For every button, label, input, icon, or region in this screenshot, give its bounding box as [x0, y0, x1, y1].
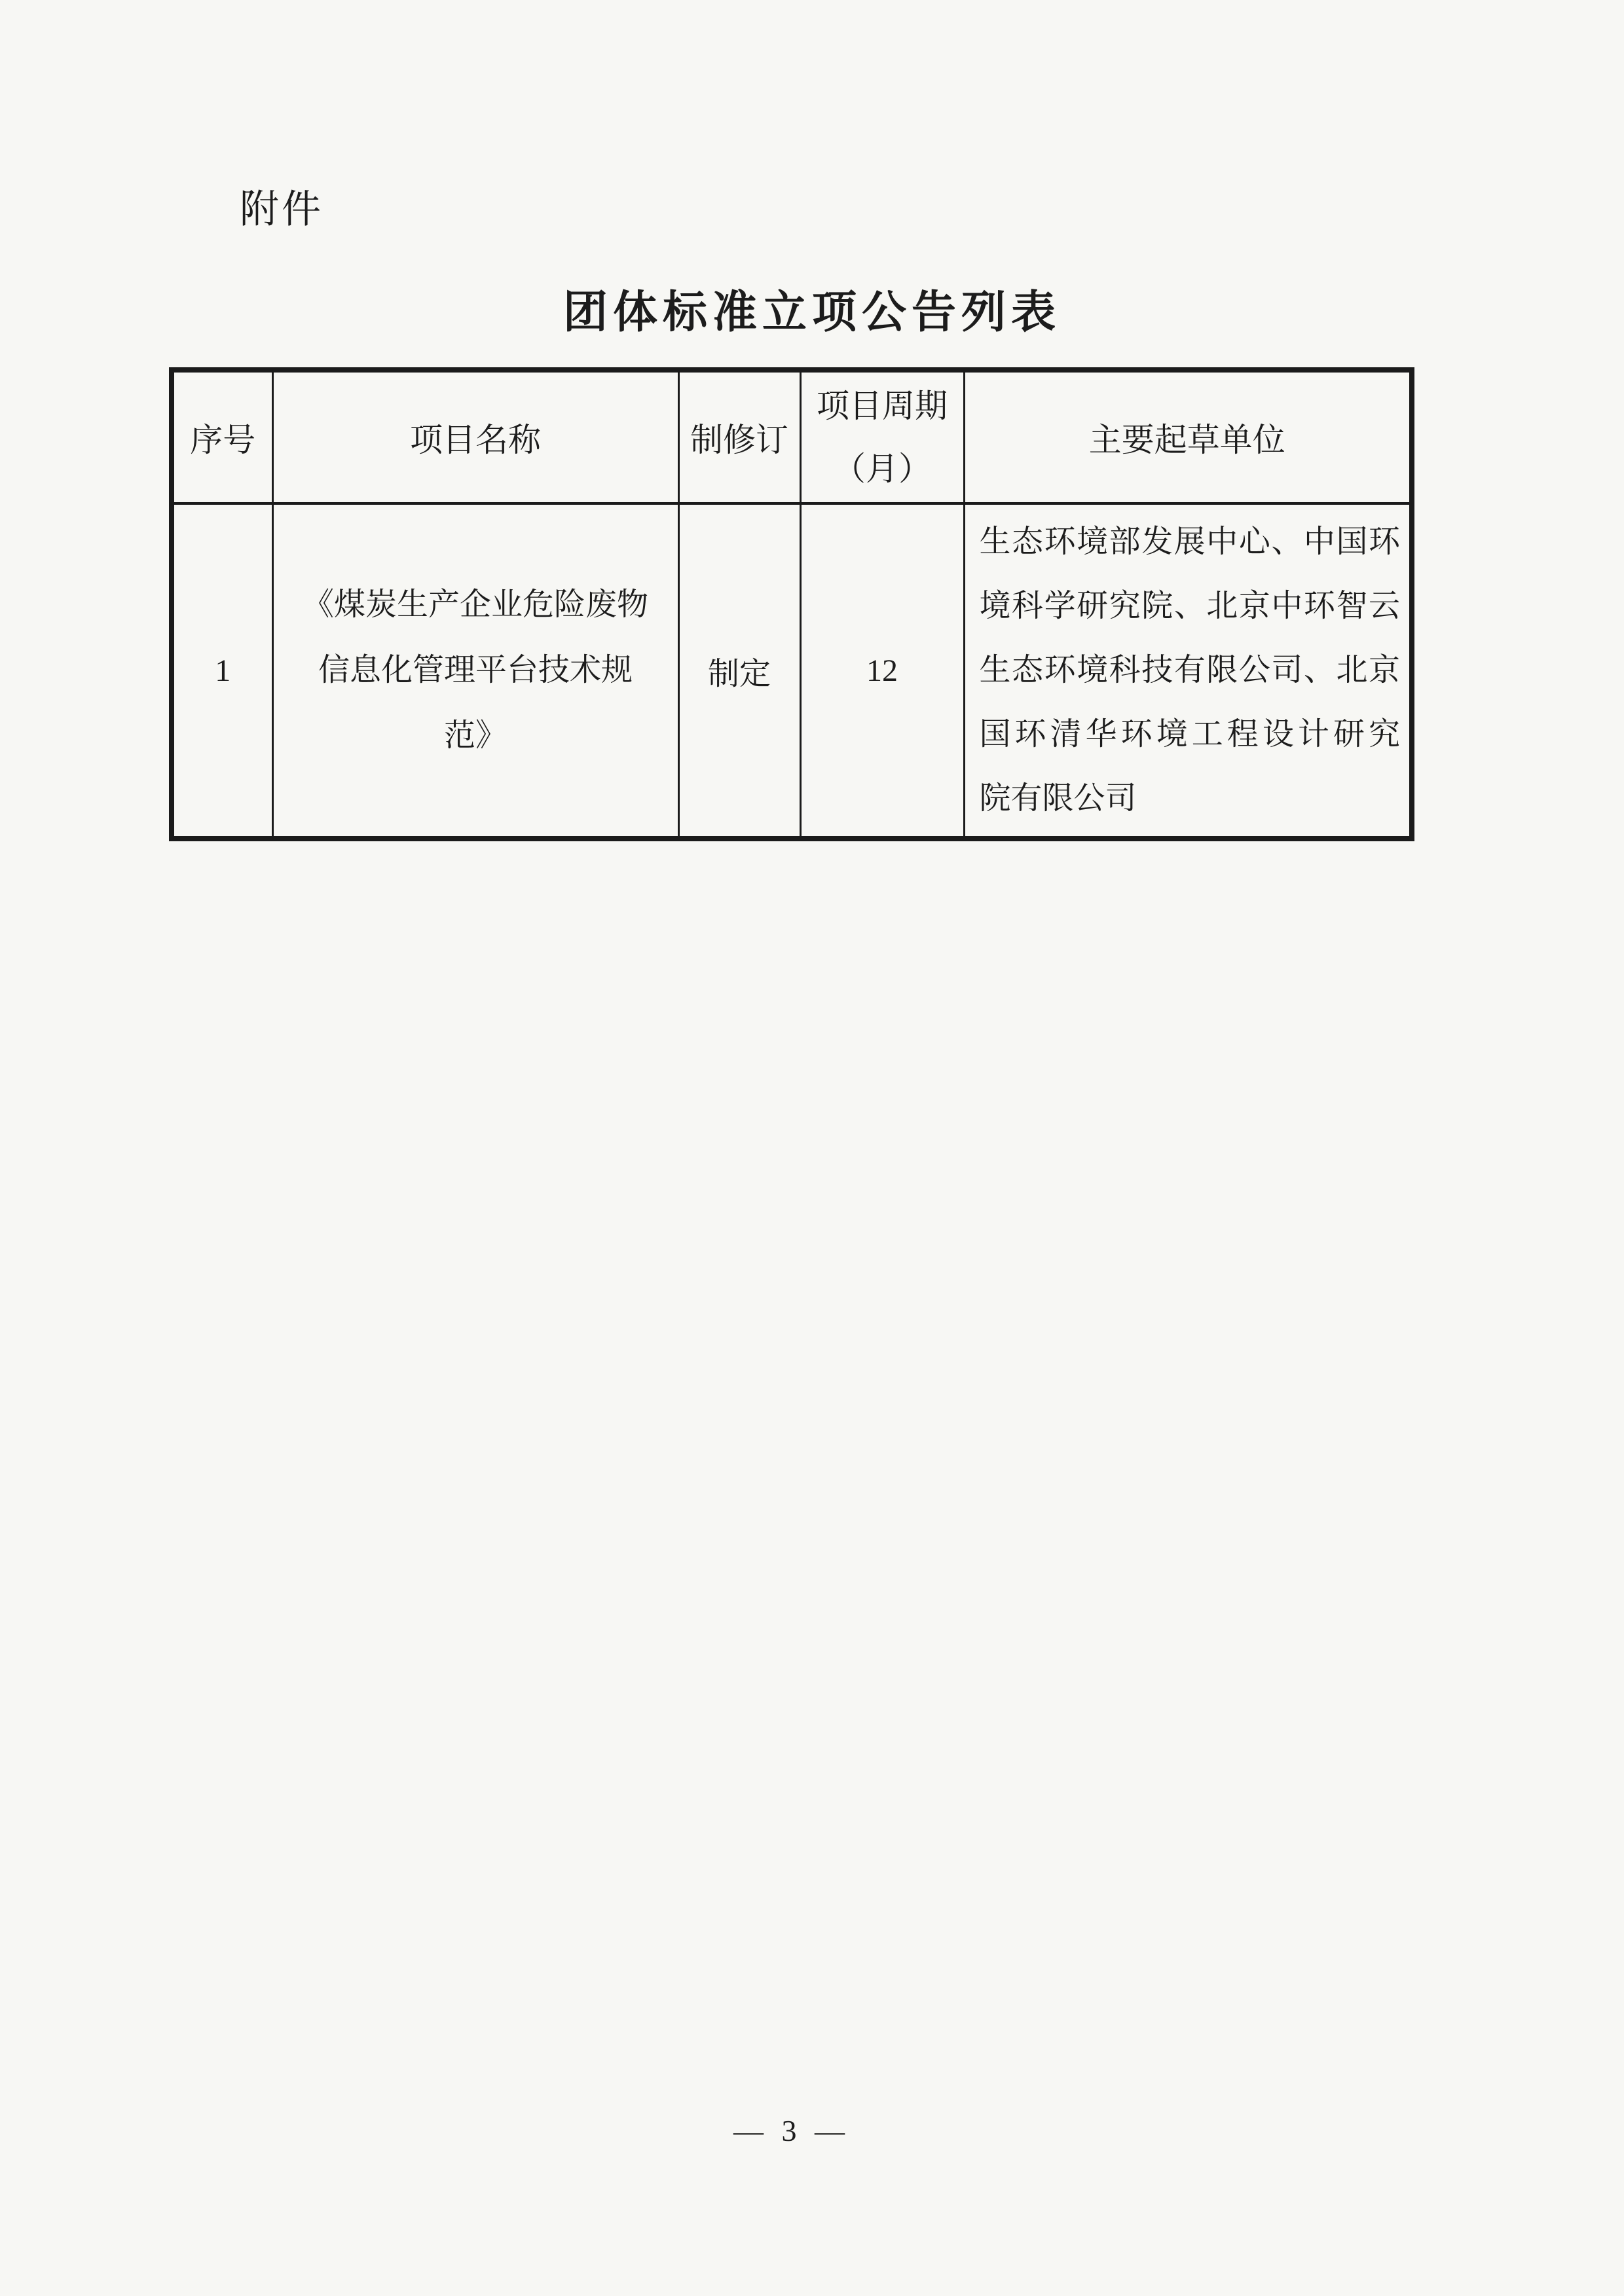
document-page: 附件 团体标准立项公告列表 序号 项目名称 制修订 项目周期（月） 主要起草单位… — [0, 0, 1624, 2296]
column-header-project-name: 项目名称 — [272, 370, 678, 503]
table-header: 序号 项目名称 制修订 项目周期（月） 主要起草单位 — [172, 370, 1412, 503]
page-title: 团体标准立项公告列表 — [0, 288, 1624, 337]
table-body: 1 《煤炭生产企业危险废物信息化管理平台技术规范》 制定 12 生态环境部发展中… — [172, 503, 1412, 839]
column-header-revision-type: 制修订 — [678, 370, 800, 503]
cell-revision-type: 制定 — [678, 503, 800, 839]
text-line: 境科学研究院、北京中环智云 — [980, 574, 1401, 638]
text-line: 国环清华环境工程设计研究 — [980, 702, 1401, 767]
cell-seq: 1 — [172, 503, 272, 839]
cell-period-months: 12 — [800, 503, 964, 839]
text-line: 院有限公司 — [980, 767, 1401, 831]
standards-table: 序号 项目名称 制修订 项目周期（月） 主要起草单位 1 《煤炭生产企业危险废物… — [169, 367, 1414, 841]
table-header-row: 序号 项目名称 制修订 项目周期（月） 主要起草单位 — [172, 370, 1412, 503]
table-row: 1 《煤炭生产企业危险废物信息化管理平台技术规范》 制定 12 生态环境部发展中… — [172, 503, 1412, 839]
page-number: — 3 — — [0, 2113, 1601, 2148]
text-line: 项目周期 — [802, 374, 963, 437]
cell-drafting-units: 生态环境部发展中心、中国环境科学研究院、北京中环智云生态环境科技有限公司、北京国… — [964, 503, 1412, 839]
attachment-label: 附件 — [240, 186, 323, 233]
column-header-period-months: 项目周期（月） — [800, 370, 964, 503]
column-header-seq: 序号 — [172, 370, 272, 503]
text-line: 范》 — [274, 703, 678, 769]
column-header-drafting-units: 主要起草单位 — [964, 370, 1412, 503]
text-line: 生态环境科技有限公司、北京 — [980, 638, 1401, 702]
text-line: （月） — [802, 437, 963, 500]
text-line: 信息化管理平台技术规 — [274, 638, 678, 703]
cell-project-name: 《煤炭生产企业危险废物信息化管理平台技术规范》 — [272, 503, 678, 839]
text-line: 生态环境部发展中心、中国环 — [980, 510, 1401, 574]
text-line: 《煤炭生产企业危险废物 — [274, 572, 678, 638]
